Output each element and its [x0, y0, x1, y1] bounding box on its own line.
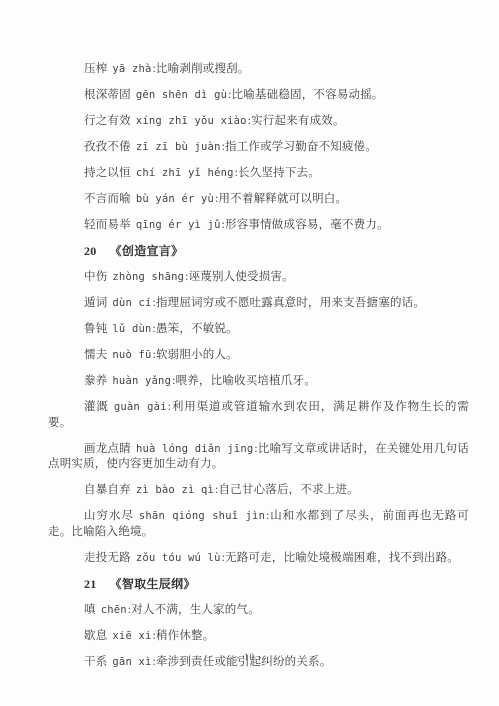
entry-pinyin: lǔ dùn	[112, 323, 151, 335]
entry-definition: :长久坚持下去。	[235, 167, 320, 179]
vocab-entry: 不言而喻bù yán ér yù:用不着解释就可以明白。	[48, 192, 469, 208]
entry-pinyin: bù yán ér yù	[136, 193, 214, 205]
entry-term: 遁词	[84, 297, 107, 309]
vocab-entry: 鲁钝lǔ dùn:愚笨，不敏锐。	[48, 322, 469, 338]
vocab-entry: 中伤zhòng shāng:诬蔑别人使受损害。	[48, 270, 469, 286]
vocab-entry: 遁词dùn cí:指理屈词穷或不愿吐露真意时，用来支吾搪塞的话。	[48, 296, 469, 312]
vocab-entry: 自暴自弃zì bào zì qì:自己甘心落后，不求上进。	[48, 483, 469, 499]
vocab-entry: 画龙点睛huà lóng diǎn jīng:比喻写文章或讲话时，在关键处用几句…	[48, 442, 469, 473]
entry-term: 走投无路	[84, 552, 131, 564]
entry-definition: :比喻剥削或搜刮。	[153, 63, 250, 75]
entry-term: 孜孜不倦	[84, 141, 131, 153]
entry-definition: :软弱胆小的人。	[153, 349, 238, 361]
entry-definition: :比喻基础稳固，不容易动摇。	[228, 89, 384, 101]
entry-pinyin: huàn yǎng	[112, 375, 171, 387]
vocab-entry: 行之有效xíng zhī yǒu xiào:实行起来有成效。	[48, 114, 469, 130]
entry-definition: :愚笨，不敏锐。	[153, 323, 238, 335]
entry-term: 轻而易举	[84, 219, 131, 231]
vocab-entry: 走投无路zǒu tóu wú lù:无路可走，比喻处境极端困难，找不到出路。	[48, 551, 469, 567]
entry-definition: :喂养，比喻收买培植爪牙。	[172, 375, 316, 387]
vocab-entry: 轻而易举qīng ér yì jǔ:形容事情做成容易，毫不费力。	[48, 218, 469, 234]
document-page: 压榨yā zhà:比喻剥削或搜刮。 根深蒂固gēn shēn dì gù:比喻基…	[0, 0, 499, 706]
entry-term: 鲁钝	[84, 323, 107, 335]
entry-pinyin: chēn	[101, 604, 127, 616]
entry-definition: :形容事情做成容易，毫不费力。	[222, 219, 389, 231]
vocab-entry: 灌溉guàn gài:利用渠道或管道输水到农田，满足耕作及作物生长的需要。	[48, 400, 469, 431]
vocab-entry: 嗔chēn:对人不满，生人家的气。	[48, 603, 469, 619]
section-number: 21	[84, 577, 97, 591]
entry-pinyin: nuò fū	[112, 349, 151, 361]
section-header: 20《创造宣言》	[48, 244, 469, 260]
entry-term: 中伤	[84, 271, 107, 283]
entry-pinyin: dùn cí	[112, 297, 151, 309]
page-number: - 10 -	[0, 652, 499, 662]
entry-definition: :无路可走，比喻处境极端困难，找不到出路。	[222, 552, 459, 564]
entry-pinyin: zī zī bù juàn	[136, 141, 221, 153]
entry-definition: :实行起来有成效。	[248, 115, 345, 127]
entry-pinyin: zǒu tóu wú lù	[136, 552, 221, 564]
section-number: 20	[84, 244, 97, 258]
entry-pinyin: xíng zhī yǒu xiào	[136, 115, 247, 127]
entry-term: 嗔	[84, 604, 96, 616]
entry-pinyin: zhòng shāng	[112, 271, 184, 283]
entry-term: 自暴自弃	[84, 484, 131, 496]
entry-term: 懦夫	[84, 349, 107, 361]
vocab-entry: 山穷水尽shān qióng shuǐ jìn:山和水都到了尽头，前面再也无路可…	[48, 509, 469, 540]
entry-pinyin: gēn shēn dì gù	[136, 89, 227, 101]
entry-term: 持之以恒	[84, 167, 131, 179]
entry-definition: :利用渠道或管道输水到农田，满足耕作及作物生长的需要。	[48, 401, 469, 429]
vocab-entry: 豢养huàn yǎng:喂养，比喻收买培植爪牙。	[48, 374, 469, 390]
vocab-entry: 压榨yā zhà:比喻剥削或搜刮。	[48, 62, 469, 78]
entry-pinyin: qīng ér yì jǔ	[136, 219, 221, 231]
vocab-entry: 持之以恒chí zhī yǐ héng:长久坚持下去。	[48, 166, 469, 182]
entry-definition: :稍作休整。	[153, 630, 215, 642]
entry-term: 灌溉	[84, 401, 109, 413]
entry-term: 根深蒂固	[84, 89, 131, 101]
entry-definition: :用不着解释就可以明白。	[215, 193, 347, 205]
entry-term: 行之有效	[84, 115, 131, 127]
entry-term: 压榨	[84, 63, 107, 75]
vocab-entry: 根深蒂固gēn shēn dì gù:比喻基础稳固，不容易动摇。	[48, 88, 469, 104]
entry-pinyin: yā zhà	[112, 63, 151, 75]
section-title: 《创造宣言》	[110, 244, 184, 258]
entry-pinyin: chí zhī yǐ héng	[136, 167, 234, 179]
entry-term: 山穷水尽	[84, 510, 134, 522]
section-title: 《智取生辰纲》	[110, 577, 196, 591]
entry-pinyin: zì bào zì qì	[136, 484, 214, 496]
entry-definition: :自己甘心落后，不求上进。	[215, 484, 359, 496]
entry-term: 不言而喻	[84, 193, 131, 205]
entry-pinyin: shān qióng shuǐ jìn	[139, 510, 265, 522]
entry-term: 画龙点睛	[84, 443, 131, 455]
vocab-entry: 懦夫nuò fū:软弱胆小的人。	[48, 348, 469, 364]
entry-pinyin: guàn gài	[114, 401, 167, 413]
entry-term: 歇息	[84, 630, 107, 642]
entry-definition: :指工作或学习勤奋不知疲倦。	[222, 141, 378, 153]
entry-term: 豢养	[84, 375, 107, 387]
vocab-entry: 孜孜不倦zī zī bù juàn:指工作或学习勤奋不知疲倦。	[48, 140, 469, 156]
entry-pinyin: huà lóng diǎn jīng	[136, 443, 253, 455]
vocab-list: 压榨yā zhà:比喻剥削或搜刮。 根深蒂固gēn shēn dì gù:比喻基…	[0, 0, 499, 670]
vocab-entry: 歇息xiē xi:稍作休整。	[48, 629, 469, 645]
entry-pinyin: xiē xi	[112, 630, 151, 642]
entry-definition: :诬蔑别人使受损害。	[185, 271, 294, 283]
entry-definition: :指理屈词穷或不愿吐露真意时，用来支吾搪塞的话。	[153, 297, 426, 309]
entry-definition: :对人不满，生人家的气。	[128, 604, 260, 616]
section-header: 21《智取生辰纲》	[48, 577, 469, 593]
